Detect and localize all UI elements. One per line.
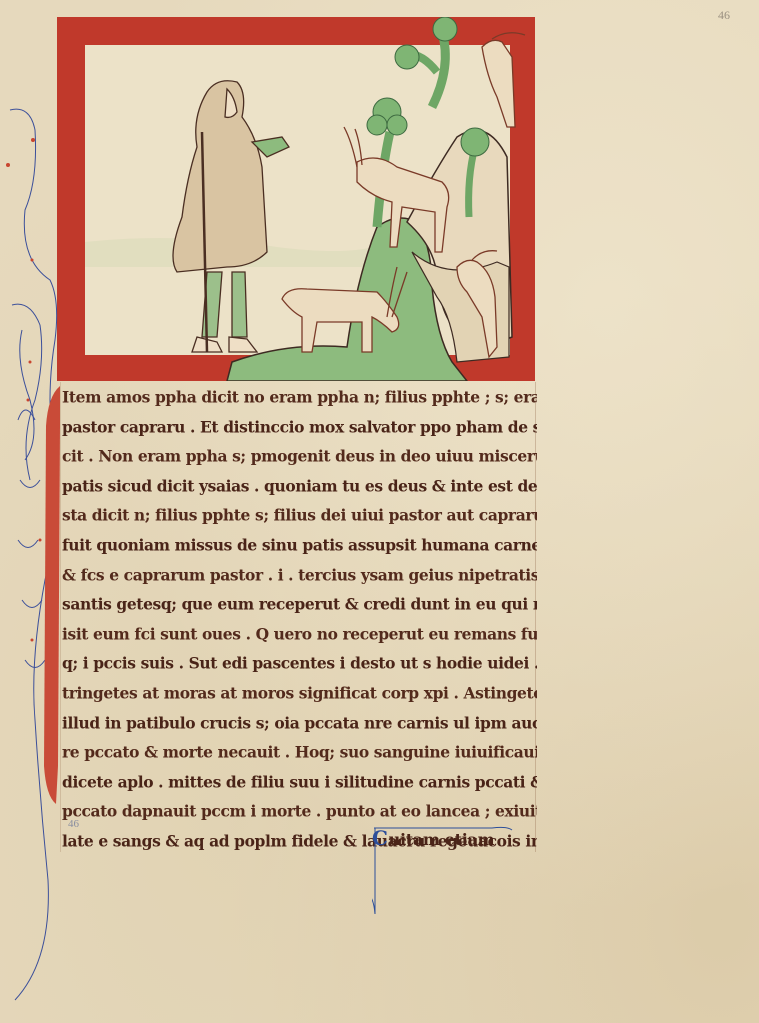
text-line: dicete aplo . mittes de filiu suu i sili… [62,766,537,797]
text-line: santis getesq; que eum receperut & credi… [62,588,537,619]
ruling-line-left [60,382,61,852]
catchword-text: uitam etiam [389,830,495,849]
text-line: cit . Non eram ppha s; pmogenit deus in … [62,440,537,471]
text-line: illud in patibulo crucis s; oia pccata n… [62,707,537,738]
decorated-initial-i [40,386,62,806]
catchword: Cuitam etiam [372,826,494,850]
text-line: tringetes at moras at moros significat c… [62,677,537,708]
text-line: q; i pccis suis . Sut edi pascentes i de… [62,648,537,679]
text-line: isit eum fci sunt oues . Q uero no recep… [62,618,537,649]
text-line: re pccato & morte necauit . Hoq; suo san… [62,736,537,767]
shepherd-goats-miniature [57,17,535,381]
catchword-initial: C [372,826,388,850]
text-line: Item amos ppha dicit no eram ppha n; fil… [62,381,537,412]
text-line: patis sicud dicit ysaias . quoniam tu es… [62,470,537,501]
gathering-mark: 46 [68,818,79,830]
text-column: Item amos ppha dicit no eram ppha n; fil… [62,382,537,856]
text-line: & fcs e caprarum pastor . i . tercius ys… [62,559,537,590]
miniature-illustration [57,17,535,381]
text-line: pastor capraru . Et distinccio mox salva… [62,411,537,442]
text-line: fuit quoniam missus de sinu patis assups… [62,529,537,560]
text-line: pccato dapnauit pccm i morte . punto at … [62,796,537,827]
text-line: sta dicit n; filius pphte s; filius dei … [62,500,537,531]
folio-number: 46 [718,8,730,23]
